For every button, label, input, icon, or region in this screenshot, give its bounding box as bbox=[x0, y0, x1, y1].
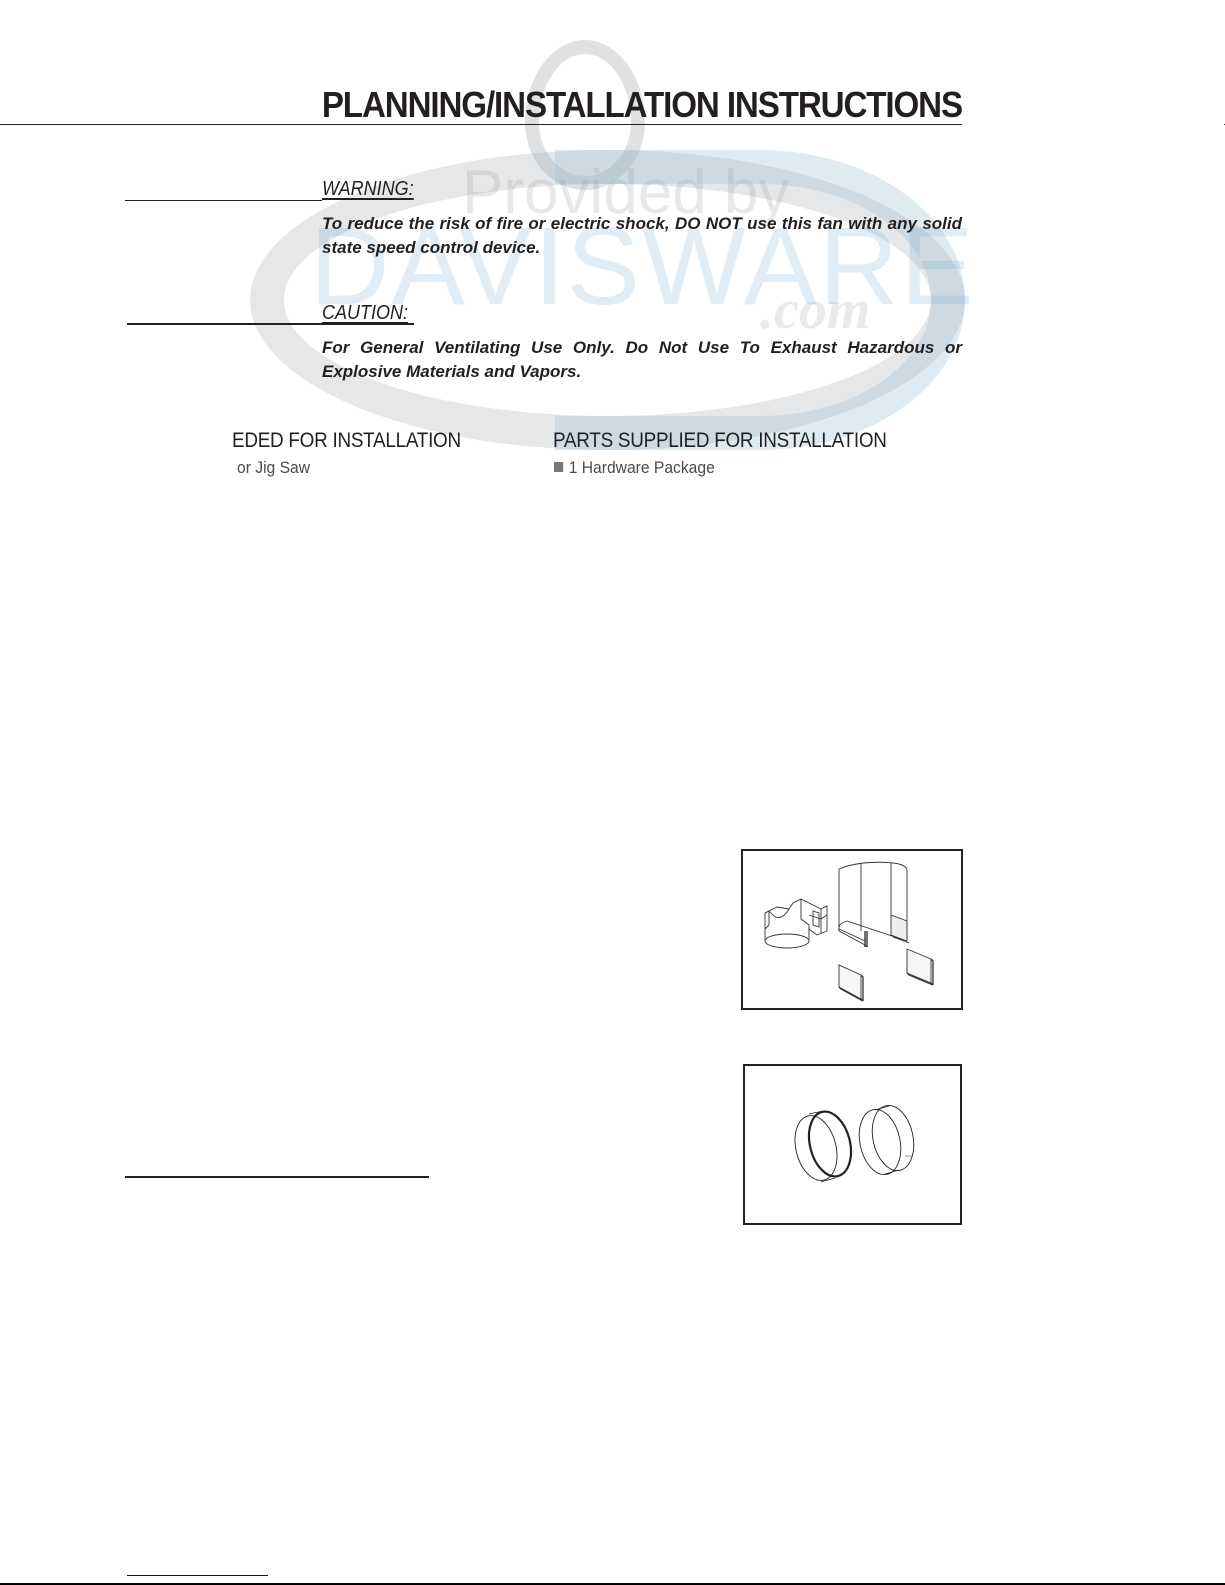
watermark-domain: .com bbox=[760, 282, 870, 338]
warning-label: WARNING: bbox=[322, 178, 414, 201]
figure-round-caps bbox=[743, 1064, 962, 1225]
title-divider bbox=[0, 124, 962, 125]
parts-supplied-item: 1 Hardware Package bbox=[554, 458, 715, 478]
tools-needed-heading: EDED FOR INSTALLATION bbox=[232, 429, 461, 453]
caution-label: CAUTION: bbox=[322, 302, 408, 325]
watermark-ring-accent bbox=[555, 150, 965, 450]
warning-rule bbox=[125, 200, 322, 201]
footer-link-underline[interactable] bbox=[127, 1575, 268, 1576]
duct-parts-illustration-icon bbox=[743, 851, 961, 1008]
section-divider bbox=[125, 1176, 429, 1178]
square-bullet-icon bbox=[554, 462, 563, 472]
parts-supplied-item-label: 1 Hardware Package bbox=[569, 458, 715, 477]
tools-needed-item: or Jig Saw bbox=[237, 458, 310, 478]
caution-text: For General Ventilating Use Only. Do Not… bbox=[322, 336, 962, 384]
round-caps-illustration-icon bbox=[745, 1066, 960, 1223]
figure-duct-parts bbox=[741, 849, 963, 1010]
warning-text: To reduce the risk of fire or electric s… bbox=[322, 212, 962, 260]
page-title: PLANNING/INSTALLATION INSTRUCTIONS bbox=[307, 84, 962, 126]
parts-supplied-heading: PARTS SUPPLIED FOR INSTALLATION bbox=[553, 429, 887, 453]
